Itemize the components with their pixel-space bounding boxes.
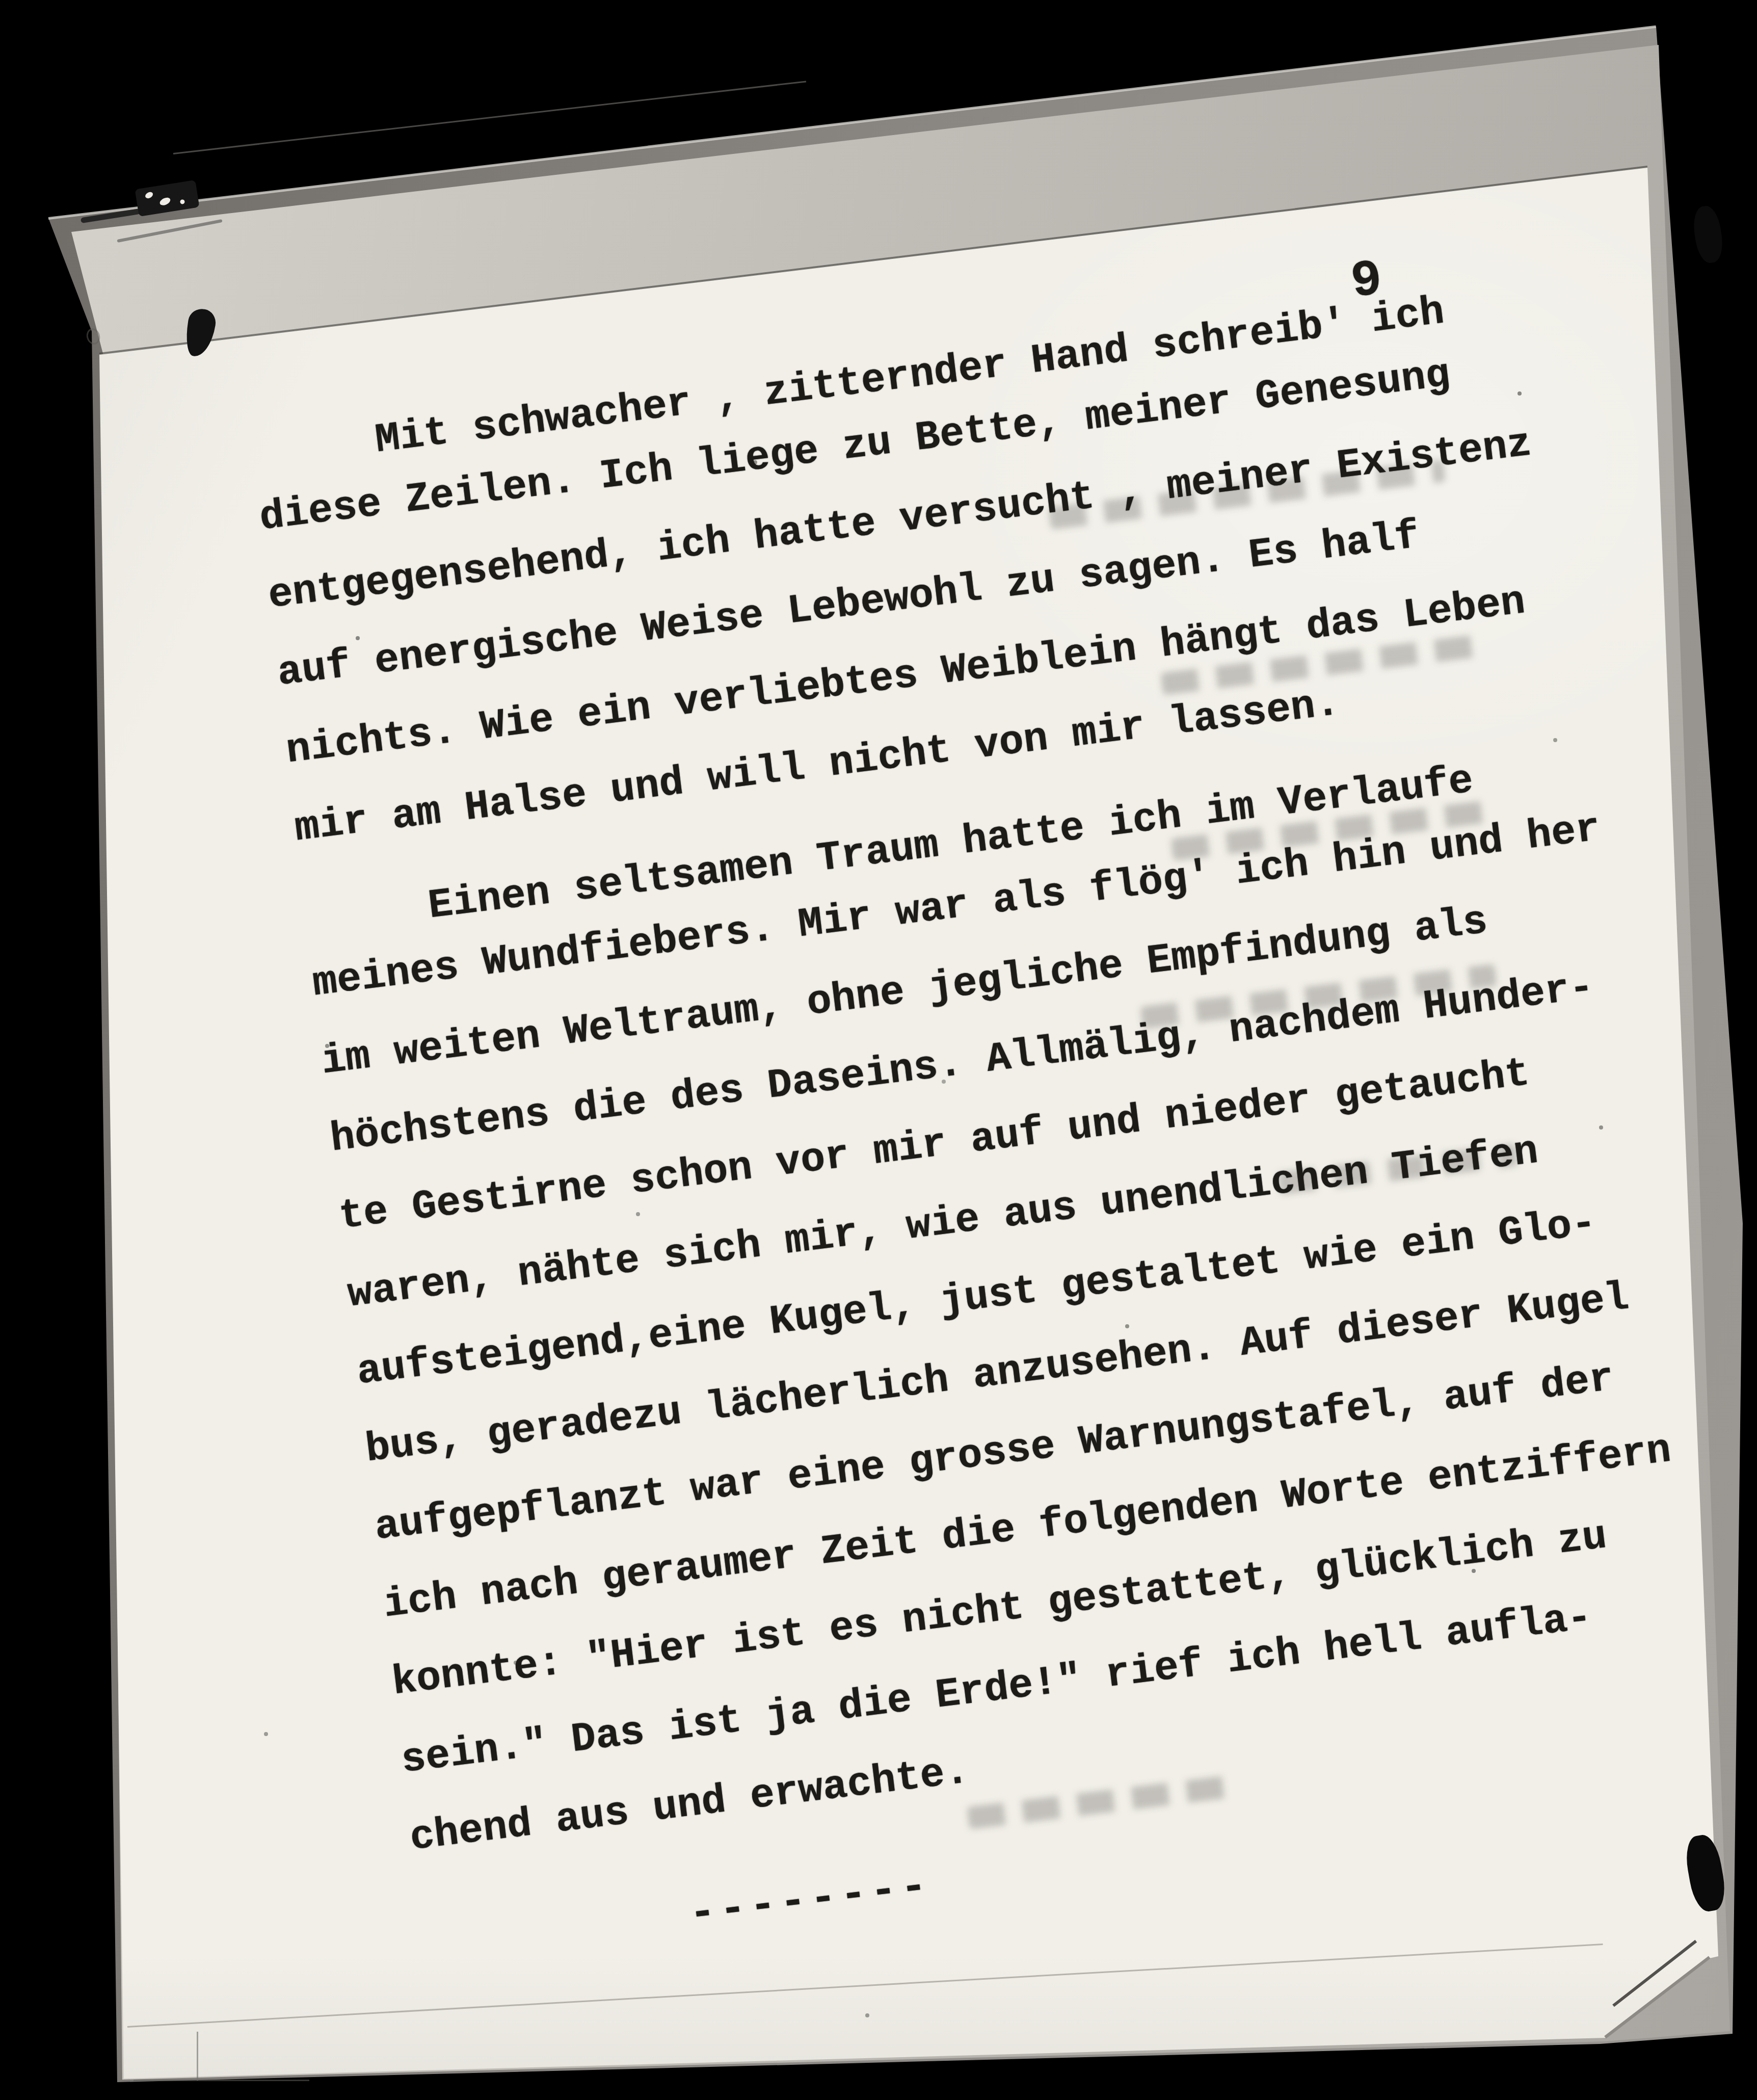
edge-shadow-blob xyxy=(1691,204,1725,265)
paper-crease xyxy=(197,2032,198,2081)
scanned-manuscript-photo: 9 Mit schwacher , zitternder Hand schrei… xyxy=(0,0,1757,2100)
pencil-scratch xyxy=(134,2080,309,2081)
dust-specks xyxy=(0,0,2,2)
